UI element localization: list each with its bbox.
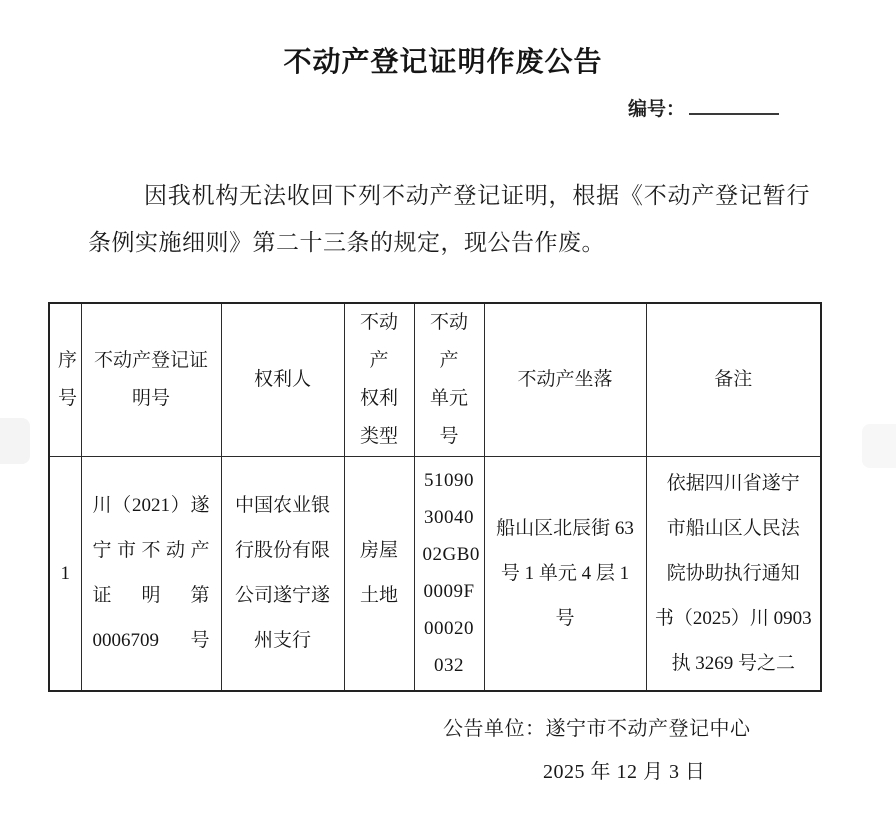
footer-issuer-line: 公告单位：遂宁市不动产登记中心 — [443, 712, 751, 741]
table-header-row: 序 号 不动产登记证 明号 权利人 不动产 权利 类型 不动产 单元 号 不动产… — [49, 303, 821, 457]
table-row: 1 川（2021）遂 宁市不动产 证明第 0006709 号 中国农业银 行股份… — [49, 457, 821, 691]
doc-number-blank-line — [689, 97, 779, 115]
header-unit-no: 不动产 单元 号 — [414, 303, 484, 457]
cell-cert-no: 川（2021）遂 宁市不动产 证明第 0006709 号 — [81, 457, 221, 691]
footer-issuer-label: 公告单位： — [443, 718, 546, 740]
header-holder: 权利人 — [221, 303, 344, 457]
doc-number-line: 编号： — [628, 94, 779, 121]
cell-right-type: 房屋 土地 — [344, 457, 414, 691]
page-title: 不动产登记证明作废公告 — [0, 40, 886, 80]
scan-artifact-left — [0, 418, 30, 464]
header-seq: 序 号 — [49, 303, 81, 457]
header-cert-no: 不动产登记证 明号 — [81, 303, 221, 457]
cell-seq: 1 — [49, 457, 81, 691]
cell-remark: 依据四川省遂宁 市船山区人民法 院协助执行通知 书（2025）川 0903 执 … — [646, 457, 821, 691]
certificates-table: 序 号 不动产登记证 明号 权利人 不动产 权利 类型 不动产 单元 号 不动产… — [48, 302, 822, 692]
doc-number-label: 编号： — [628, 99, 685, 120]
body-paragraph: 因我机构无法收回下列不动产登记证明，根据《不动产登记暂行条例实施细则》第二十三条… — [88, 172, 810, 266]
table-body: 1 川（2021）遂 宁市不动产 证明第 0006709 号 中国农业银 行股份… — [49, 457, 821, 691]
header-right-type: 不动产 权利 类型 — [344, 303, 414, 457]
footer-issuer-name: 遂宁市不动产登记中心 — [546, 718, 751, 740]
footer-date: 2025 年 12 月 3 日 — [543, 755, 706, 784]
cell-holder: 中国农业银 行股份有限 公司遂宁遂 州支行 — [221, 457, 344, 691]
cell-location: 船山区北辰街 63 号 1 单元 4 层 1 号 — [484, 457, 646, 691]
scan-artifact-right — [862, 424, 896, 468]
cell-unit-no: 51090 30040 02GB0 0009F 00020 032 — [414, 457, 484, 691]
header-remark: 备注 — [646, 303, 821, 457]
document-page: 不动产登记证明作废公告 编号： 因我机构无法收回下列不动产登记证明，根据《不动产… — [0, 0, 896, 817]
header-location: 不动产坐落 — [484, 303, 646, 457]
table-header: 序 号 不动产登记证 明号 权利人 不动产 权利 类型 不动产 单元 号 不动产… — [49, 303, 821, 457]
